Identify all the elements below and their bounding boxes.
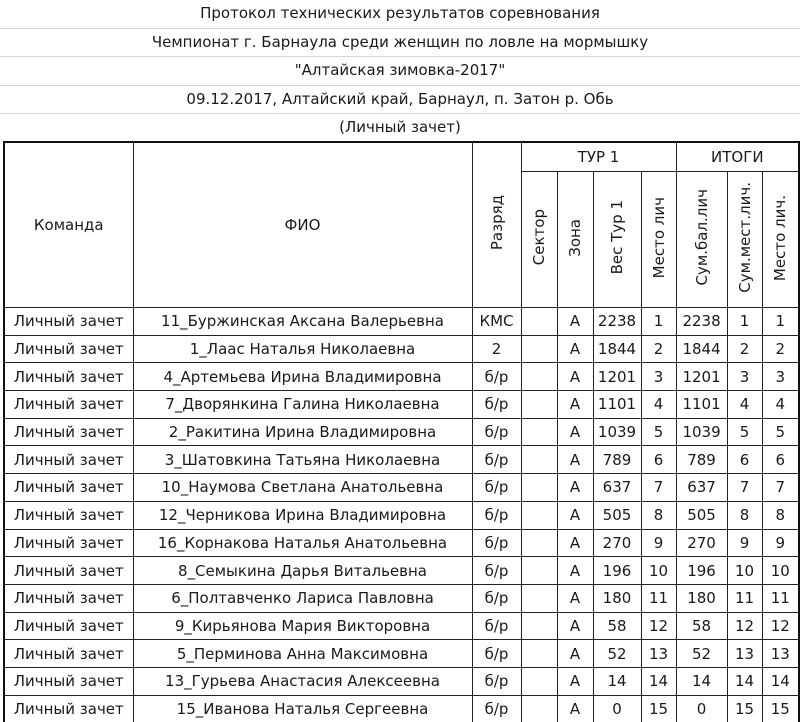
cell-zone: А: [557, 584, 593, 612]
table-row: Личный зачет11_Буржинская Аксана Валерье…: [4, 308, 799, 336]
cell-team: Личный зачет: [4, 418, 133, 446]
cell-team: Личный зачет: [4, 695, 133, 722]
cell-sum-places: 13: [727, 640, 762, 668]
cell-name: 10_Наумова Светлана Анатольевна: [133, 474, 472, 502]
cell-rank: б/р: [472, 612, 521, 640]
cell-rank: б/р: [472, 363, 521, 391]
cell-zone: А: [557, 308, 593, 336]
results-table: Команда ФИО Разряд ТУР 1 ИТОГИ Сектор Зо…: [3, 141, 800, 722]
cell-sum-places: 7: [727, 474, 762, 502]
cell-name: 7_Дворянкина Галина Николаевна: [133, 391, 472, 419]
cell-sum-places: 12: [727, 612, 762, 640]
cell-zone: А: [557, 335, 593, 363]
cell-sum-points: 58: [676, 612, 727, 640]
cell-place: 2: [641, 335, 676, 363]
cell-sector: [521, 584, 557, 612]
cell-sector: [521, 529, 557, 557]
cell-weight: 789: [593, 446, 641, 474]
col-header-weight: Вес Тур 1: [593, 172, 641, 308]
cell-final-place: 1: [762, 308, 799, 336]
cell-sum-places: 8: [727, 501, 762, 529]
cell-zone: А: [557, 667, 593, 695]
cell-sector: [521, 667, 557, 695]
cell-weight: 1844: [593, 335, 641, 363]
protocol-title: Протокол технических результатов соревно…: [0, 0, 800, 29]
table-row: Личный зачет8_Семыкина Дарья Витальевнаб…: [4, 557, 799, 585]
cell-place: 12: [641, 612, 676, 640]
cell-team: Личный зачет: [4, 584, 133, 612]
cell-rank: б/р: [472, 695, 521, 722]
table-row: Личный зачет15_Иванова Наталья Сергеевна…: [4, 695, 799, 722]
cell-final-place: 10: [762, 557, 799, 585]
cell-sum-points: 1039: [676, 418, 727, 446]
cell-name: 16_Корнакова Наталья Анатольевна: [133, 529, 472, 557]
cell-place: 1: [641, 308, 676, 336]
cell-final-place: 8: [762, 501, 799, 529]
cell-place: 14: [641, 667, 676, 695]
cell-rank: б/р: [472, 584, 521, 612]
cell-team: Личный зачет: [4, 446, 133, 474]
cell-weight: 505: [593, 501, 641, 529]
cell-sector: [521, 501, 557, 529]
cell-zone: А: [557, 557, 593, 585]
cell-zone: А: [557, 446, 593, 474]
cell-sum-points: 789: [676, 446, 727, 474]
cell-weight: 2238: [593, 308, 641, 336]
cell-sum-places: 11: [727, 584, 762, 612]
cell-sector: [521, 418, 557, 446]
cell-weight: 58: [593, 612, 641, 640]
cell-place: 9: [641, 529, 676, 557]
table-row: Личный зачет4_Артемьева Ирина Владимиров…: [4, 363, 799, 391]
cell-sum-places: 1: [727, 308, 762, 336]
cell-zone: А: [557, 391, 593, 419]
table-row: Личный зачет13_Гурьева Анастасия Алексее…: [4, 667, 799, 695]
cell-rank: б/р: [472, 667, 521, 695]
col-header-zone: Зона: [557, 172, 593, 308]
cell-final-place: 6: [762, 446, 799, 474]
table-row: Личный зачет2_Ракитина Ирина Владимировн…: [4, 418, 799, 446]
col-header-sum-points: Сум.бал.лич: [676, 172, 727, 308]
cell-weight: 637: [593, 474, 641, 502]
cell-team: Личный зачет: [4, 667, 133, 695]
event-name: "Алтайская зимовка-2017": [0, 57, 800, 86]
table-row: Личный зачет12_Черникова Ирина Владимиро…: [4, 501, 799, 529]
group-header-totals: ИТОГИ: [676, 142, 799, 172]
cell-final-place: 9: [762, 529, 799, 557]
cell-final-place: 4: [762, 391, 799, 419]
table-row: Личный зачет3_Шатовкина Татьяна Николаев…: [4, 446, 799, 474]
cell-sum-points: 505: [676, 501, 727, 529]
cell-sector: [521, 363, 557, 391]
cell-zone: А: [557, 640, 593, 668]
cell-weight: 14: [593, 667, 641, 695]
cell-sum-places: 9: [727, 529, 762, 557]
cell-final-place: 14: [762, 667, 799, 695]
cell-place: 4: [641, 391, 676, 419]
cell-place: 8: [641, 501, 676, 529]
cell-sum-places: 6: [727, 446, 762, 474]
cell-sum-places: 2: [727, 335, 762, 363]
cell-sector: [521, 335, 557, 363]
cell-place: 6: [641, 446, 676, 474]
cell-sum-points: 180: [676, 584, 727, 612]
cell-team: Личный зачет: [4, 529, 133, 557]
cell-final-place: 7: [762, 474, 799, 502]
cell-sum-places: 5: [727, 418, 762, 446]
cell-sector: [521, 308, 557, 336]
cell-sector: [521, 557, 557, 585]
cell-name: 5_Перминова Анна Максимовна: [133, 640, 472, 668]
cell-name: 15_Иванова Наталья Сергеевна: [133, 695, 472, 722]
cell-rank: б/р: [472, 474, 521, 502]
cell-rank: б/р: [472, 418, 521, 446]
cell-final-place: 15: [762, 695, 799, 722]
table-row: Личный зачет16_Корнакова Наталья Анатоль…: [4, 529, 799, 557]
cell-team: Личный зачет: [4, 557, 133, 585]
cell-name: 8_Семыкина Дарья Витальевна: [133, 557, 472, 585]
col-header-team: Команда: [4, 142, 133, 308]
cell-sector: [521, 695, 557, 722]
cell-sum-places: 3: [727, 363, 762, 391]
cell-rank: б/р: [472, 446, 521, 474]
cell-team: Личный зачет: [4, 474, 133, 502]
table-row: Личный зачет10_Наумова Светлана Анатолье…: [4, 474, 799, 502]
cell-rank: б/р: [472, 391, 521, 419]
cell-name: 13_Гурьева Анастасия Алексеевна: [133, 667, 472, 695]
table-row: Личный зачет6_Полтавченко Лариса Павловн…: [4, 584, 799, 612]
col-header-name: ФИО: [133, 142, 472, 308]
standings-type: (Личный зачет): [0, 114, 800, 142]
cell-final-place: 3: [762, 363, 799, 391]
cell-team: Личный зачет: [4, 612, 133, 640]
cell-name: 3_Шатовкина Татьяна Николаевна: [133, 446, 472, 474]
col-header-rank: Разряд: [472, 142, 521, 308]
col-header-sum-places: Сум.мест.лич.: [727, 172, 762, 308]
cell-zone: А: [557, 418, 593, 446]
cell-sum-points: 196: [676, 557, 727, 585]
cell-name: 4_Артемьева Ирина Владимировна: [133, 363, 472, 391]
cell-place: 5: [641, 418, 676, 446]
cell-rank: 2: [472, 335, 521, 363]
cell-sum-points: 1844: [676, 335, 727, 363]
cell-sum-points: 0: [676, 695, 727, 722]
table-row: Личный зачет5_Перминова Анна Максимовнаб…: [4, 640, 799, 668]
cell-weight: 1201: [593, 363, 641, 391]
cell-zone: А: [557, 612, 593, 640]
cell-final-place: 2: [762, 335, 799, 363]
cell-sum-points: 637: [676, 474, 727, 502]
cell-sector: [521, 640, 557, 668]
cell-team: Личный зачет: [4, 363, 133, 391]
cell-sum-points: 1201: [676, 363, 727, 391]
cell-weight: 1101: [593, 391, 641, 419]
cell-sum-points: 1101: [676, 391, 727, 419]
cell-name: 2_Ракитина Ирина Владимировна: [133, 418, 472, 446]
col-header-sector: Сектор: [521, 172, 557, 308]
cell-sum-points: 14: [676, 667, 727, 695]
cell-sum-points: 2238: [676, 308, 727, 336]
cell-name: 6_Полтавченко Лариса Павловна: [133, 584, 472, 612]
cell-name: 12_Черникова Ирина Владимировна: [133, 501, 472, 529]
cell-team: Личный зачет: [4, 335, 133, 363]
cell-final-place: 13: [762, 640, 799, 668]
cell-team: Личный зачет: [4, 501, 133, 529]
cell-zone: А: [557, 695, 593, 722]
cell-zone: А: [557, 363, 593, 391]
cell-team: Личный зачет: [4, 308, 133, 336]
group-header-tour: ТУР 1: [521, 142, 676, 172]
cell-name: 11_Буржинская Аксана Валерьевна: [133, 308, 472, 336]
cell-place: 15: [641, 695, 676, 722]
cell-final-place: 11: [762, 584, 799, 612]
cell-weight: 0: [593, 695, 641, 722]
cell-sum-points: 270: [676, 529, 727, 557]
cell-zone: А: [557, 529, 593, 557]
col-header-final-place: Место лич.: [762, 172, 799, 308]
cell-place: 10: [641, 557, 676, 585]
cell-team: Личный зачет: [4, 391, 133, 419]
table-row: Личный зачет1_Лаас Наталья Николаевна2А1…: [4, 335, 799, 363]
table-row: Личный зачет9_Кирьянова Мария Викторовна…: [4, 612, 799, 640]
date-location: 09.12.2017, Алтайский край, Барнаул, п. …: [0, 86, 800, 115]
cell-sum-points: 52: [676, 640, 727, 668]
cell-sector: [521, 446, 557, 474]
protocol-header: Протокол технических результатов соревно…: [0, 0, 800, 142]
cell-sum-places: 10: [727, 557, 762, 585]
cell-sum-places: 15: [727, 695, 762, 722]
cell-place: 7: [641, 474, 676, 502]
cell-rank: б/р: [472, 557, 521, 585]
cell-final-place: 12: [762, 612, 799, 640]
cell-name: 1_Лаас Наталья Николаевна: [133, 335, 472, 363]
cell-weight: 180: [593, 584, 641, 612]
cell-weight: 196: [593, 557, 641, 585]
cell-place: 13: [641, 640, 676, 668]
championship-name: Чемпионат г. Барнаула среди женщин по ло…: [0, 29, 800, 58]
table-row: Личный зачет7_Дворянкина Галина Николаев…: [4, 391, 799, 419]
cell-rank: б/р: [472, 501, 521, 529]
col-header-place: Место лич: [641, 172, 676, 308]
cell-place: 11: [641, 584, 676, 612]
cell-zone: А: [557, 474, 593, 502]
cell-name: 9_Кирьянова Мария Викторовна: [133, 612, 472, 640]
cell-weight: 270: [593, 529, 641, 557]
cell-sector: [521, 474, 557, 502]
cell-weight: 52: [593, 640, 641, 668]
cell-final-place: 5: [762, 418, 799, 446]
cell-rank: б/р: [472, 529, 521, 557]
cell-zone: А: [557, 501, 593, 529]
cell-place: 3: [641, 363, 676, 391]
cell-rank: КМС: [472, 308, 521, 336]
cell-sum-places: 4: [727, 391, 762, 419]
cell-rank: б/р: [472, 640, 521, 668]
cell-sum-places: 14: [727, 667, 762, 695]
cell-team: Личный зачет: [4, 640, 133, 668]
cell-sector: [521, 612, 557, 640]
cell-sector: [521, 391, 557, 419]
cell-weight: 1039: [593, 418, 641, 446]
